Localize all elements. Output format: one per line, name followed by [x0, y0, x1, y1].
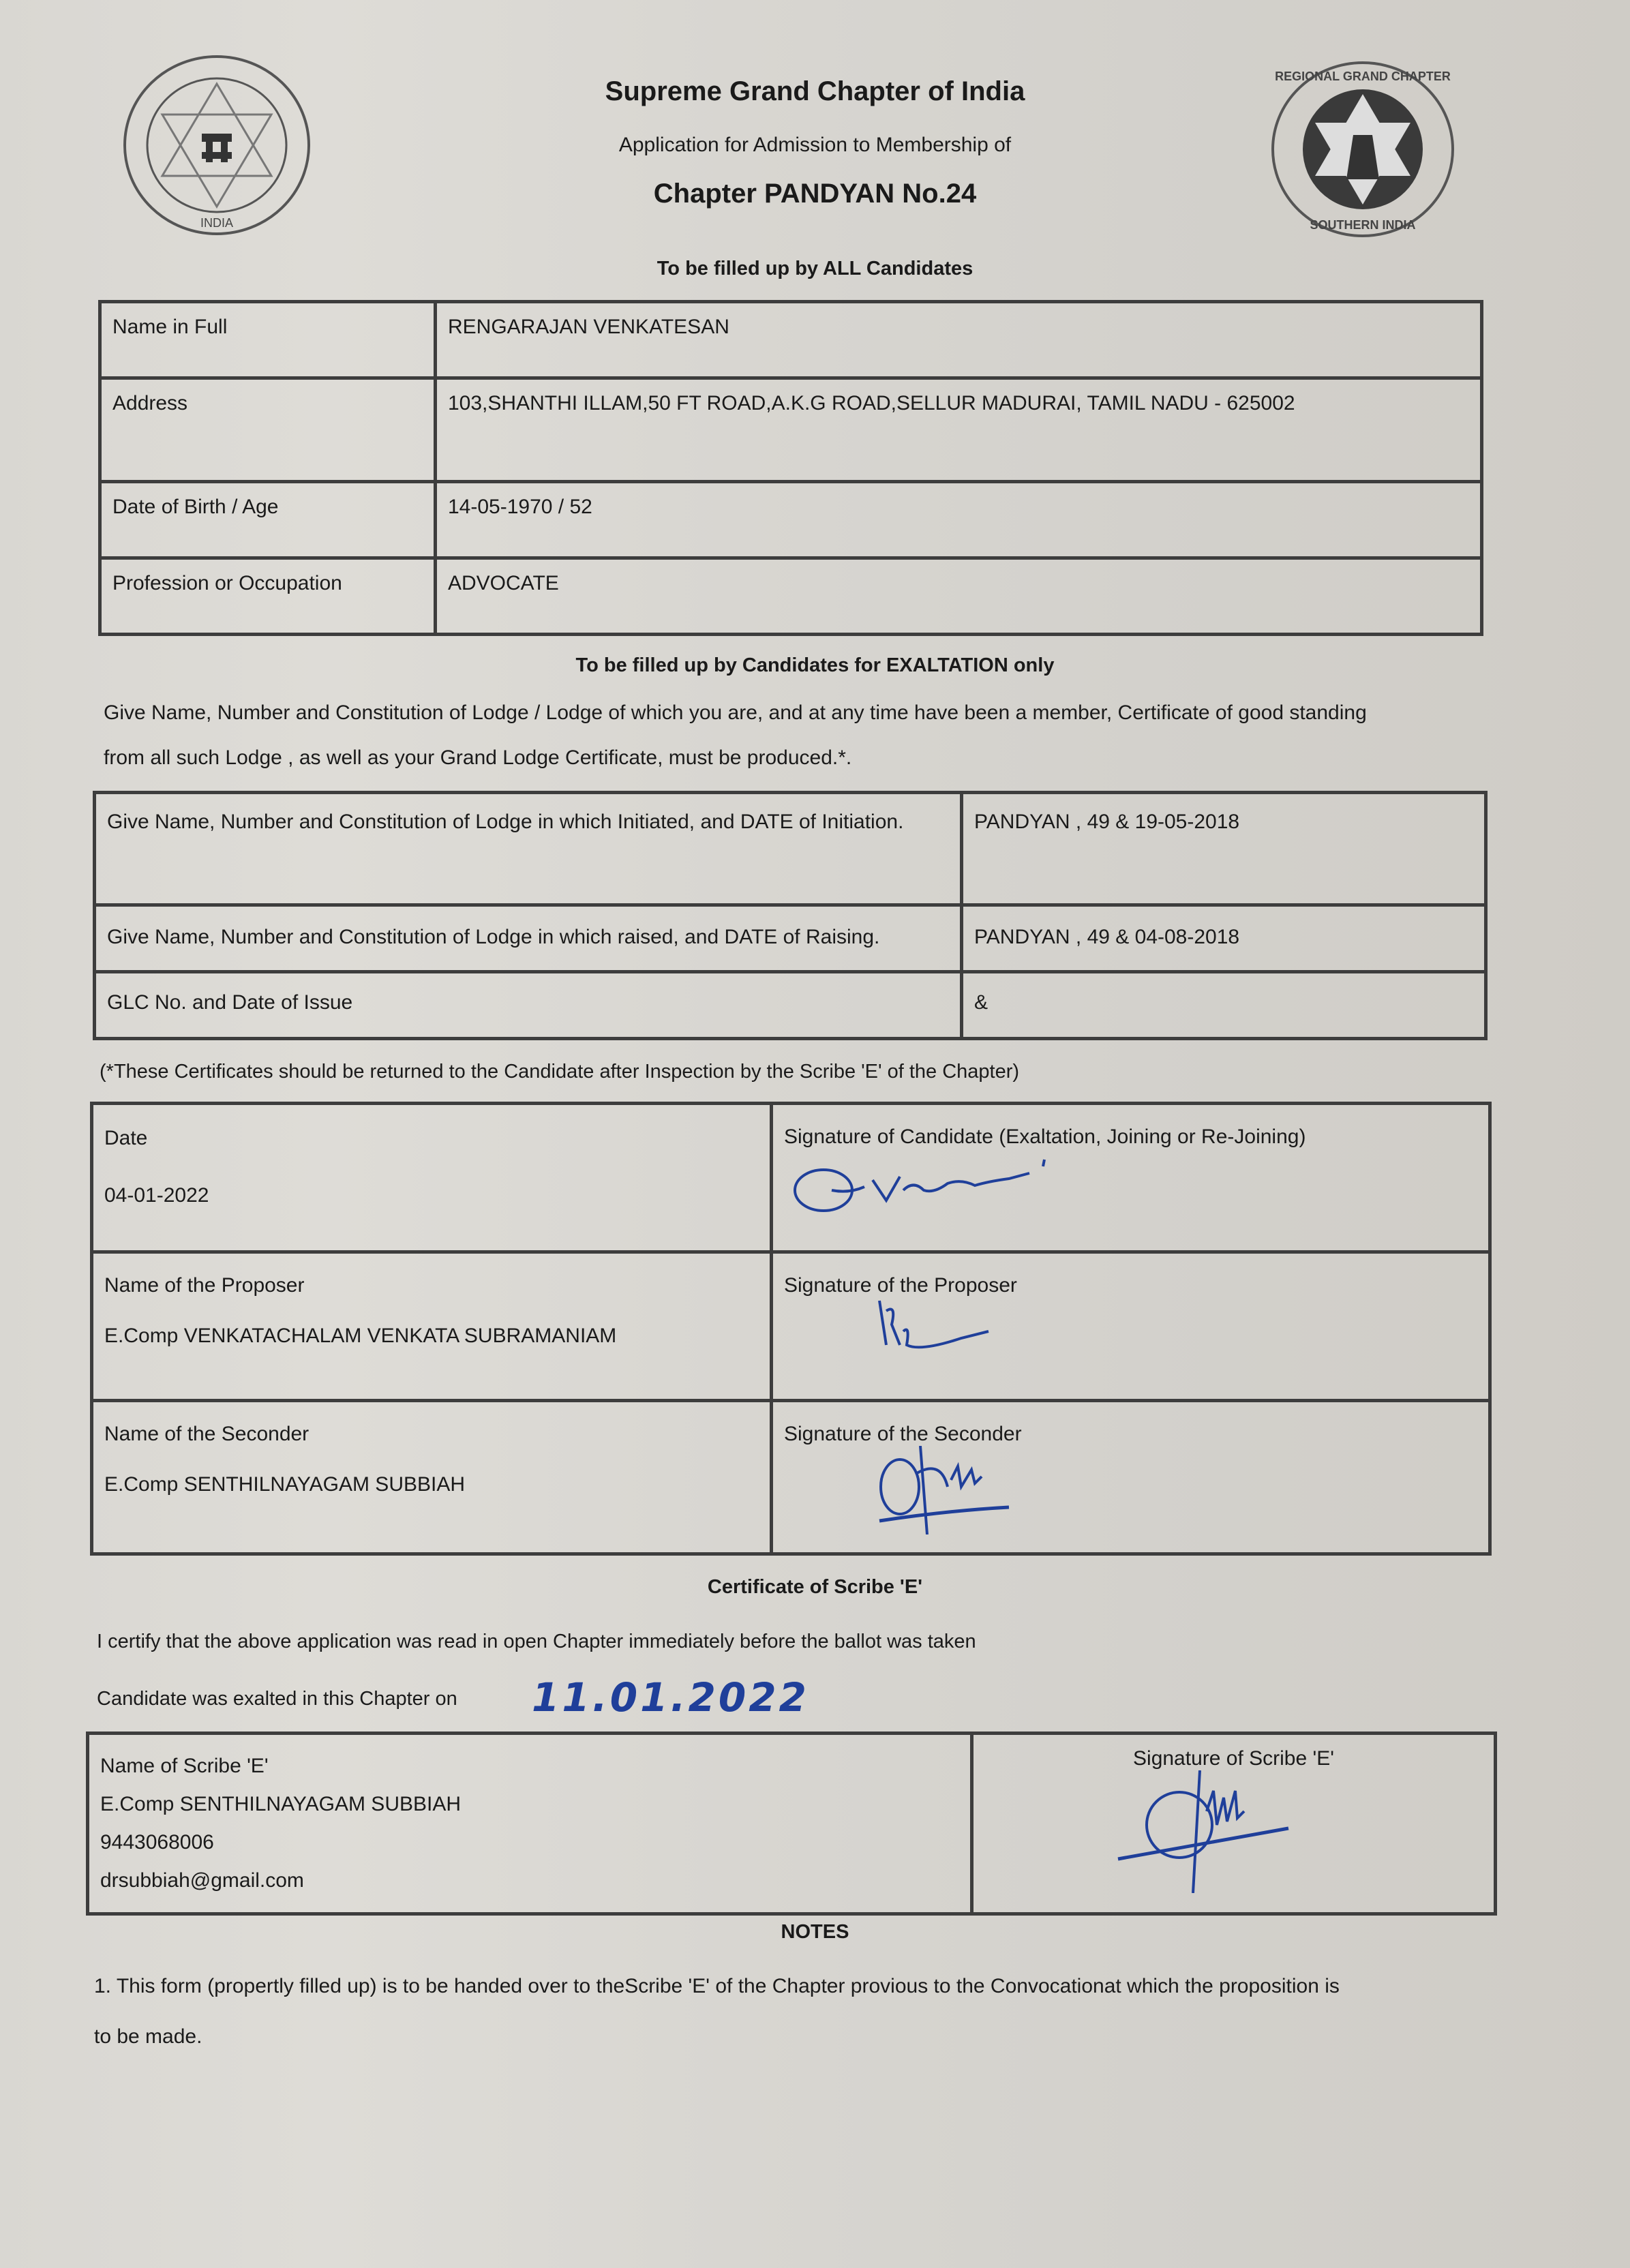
- seconder-value: E.Comp SENTHILNAYAGAM SUBBIAH: [104, 1473, 759, 1496]
- scribe-certificate-heading: Certificate of Scribe 'E': [0, 1576, 1630, 1599]
- scribe-details-cell: Name of Scribe 'E' E.Comp SENTHILNAYAGAM…: [88, 1734, 972, 1914]
- raising-label: Give Name, Number and Constitution of Lo…: [95, 905, 962, 972]
- profession-label: Profession or Occupation: [100, 558, 436, 635]
- signatures-table: Date 04-01-2022 Signature of Candidate (…: [90, 1102, 1492, 1556]
- exalted-date-handwritten: 11.01.2022: [532, 1674, 809, 1721]
- table-row: Profession or Occupation ADVOCATE: [100, 558, 1482, 635]
- dob-value: 14-05-1970 / 52: [436, 482, 1482, 558]
- lodge-details-table: Give Name, Number and Constitution of Lo…: [93, 791, 1488, 1040]
- address-value: 103,SHANTHI ILLAM,50 FT ROAD,A.K.G ROAD,…: [436, 378, 1482, 482]
- table-row: Name of the Proposer E.Comp VENKATACHALA…: [92, 1252, 1490, 1401]
- scribe-name-value: E.Comp SENTHILNAYAGAM SUBBIAH: [100, 1785, 959, 1824]
- candidate-signature-label: Signature of Candidate (Exaltation, Join…: [784, 1125, 1477, 1149]
- scribe-name-label: Name of Scribe 'E': [100, 1747, 959, 1785]
- proposer-value: E.Comp VENKATACHALAM VENKATA SUBRAMANIAM: [104, 1325, 759, 1348]
- name-label: Name in Full: [100, 302, 436, 378]
- name-value: RENGARAJAN VENKATESAN: [436, 302, 1482, 378]
- seconder-signature-cell: Signature of the Seconder: [772, 1401, 1490, 1554]
- scribe-signature-icon: [1091, 1770, 1377, 1893]
- table-row: Name of the Seconder E.Comp SENTHILNAYAG…: [92, 1401, 1490, 1554]
- scribe-phone: 9443068006: [100, 1824, 959, 1862]
- proposer-signature-icon: [784, 1297, 1057, 1372]
- date-value: 04-01-2022: [104, 1184, 759, 1207]
- table-row: Name of Scribe 'E' E.Comp SENTHILNAYAGAM…: [88, 1734, 1496, 1914]
- section-exaltation-heading: To be filled up by Candidates for EXALTA…: [0, 654, 1630, 677]
- scribe-signature-cell: Signature of Scribe 'E': [972, 1734, 1496, 1914]
- glc-value: &: [962, 972, 1486, 1039]
- table-row: Date of Birth / Age 14-05-1970 / 52: [100, 482, 1482, 558]
- svg-text:INDIA: INDIA: [200, 216, 233, 230]
- chapter-name: Chapter PANDYAN No.24: [0, 179, 1630, 209]
- initiation-label: Give Name, Number and Constitution of Lo…: [95, 793, 962, 905]
- note-line-1: 1. This form (propertly filled up) is to…: [94, 1967, 1526, 2006]
- note-line-2: to be made.: [94, 2018, 1526, 2056]
- table-row: Date 04-01-2022 Signature of Candidate (…: [92, 1104, 1490, 1252]
- date-cell: Date 04-01-2022: [92, 1104, 772, 1252]
- seconder-signature-icon: [784, 1446, 1125, 1534]
- table-row: Name in Full RENGARAJAN VENKATESAN: [100, 302, 1482, 378]
- address-label: Address: [100, 378, 436, 482]
- dob-label: Date of Birth / Age: [100, 482, 436, 558]
- table-row: Address 103,SHANTHI ILLAM,50 FT ROAD,A.K…: [100, 378, 1482, 482]
- seconder-label: Name of the Seconder: [104, 1423, 759, 1446]
- document-title: Supreme Grand Chapter of India: [0, 76, 1630, 107]
- seconder-cell: Name of the Seconder E.Comp SENTHILNAYAG…: [92, 1401, 772, 1554]
- instruction-line-2: from all such Lodge , as well as your Gr…: [104, 739, 1508, 777]
- scribe-signature-label: Signature of Scribe 'E': [984, 1747, 1483, 1770]
- exalted-label: Candidate was exalted in this Chapter on: [97, 1688, 457, 1710]
- table-row: GLC No. and Date of Issue &: [95, 972, 1486, 1039]
- instruction-line-1: Give Name, Number and Constitution of Lo…: [104, 694, 1508, 732]
- exaltation-instructions: Give Name, Number and Constitution of Lo…: [104, 694, 1508, 777]
- certify-text: I certify that the above application was…: [97, 1631, 976, 1653]
- table-row: Give Name, Number and Constitution of Lo…: [95, 905, 1486, 972]
- profession-value: ADVOCATE: [436, 558, 1482, 635]
- raising-value: PANDYAN , 49 & 04-08-2018: [962, 905, 1486, 972]
- proposer-signature-cell: Signature of the Proposer: [772, 1252, 1490, 1401]
- proposer-signature-label: Signature of the Proposer: [784, 1274, 1477, 1297]
- initiation-value: PANDYAN , 49 & 19-05-2018: [962, 793, 1486, 905]
- seconder-signature-label: Signature of the Seconder: [784, 1423, 1477, 1446]
- section-all-heading: To be filled up by ALL Candidates: [0, 258, 1630, 280]
- date-label: Date: [104, 1127, 759, 1150]
- candidate-signature-cell: Signature of Candidate (Exaltation, Join…: [772, 1104, 1490, 1252]
- proposer-label: Name of the Proposer: [104, 1274, 759, 1297]
- notes-heading: NOTES: [0, 1921, 1630, 1944]
- scribe-table: Name of Scribe 'E' E.Comp SENTHILNAYAGAM…: [86, 1732, 1497, 1916]
- svg-text:SOUTHERN INDIA: SOUTHERN INDIA: [1310, 218, 1415, 232]
- certificates-footnote: (*These Certificates should be returned …: [100, 1061, 1019, 1083]
- candidate-signature-icon: [784, 1153, 1166, 1228]
- glc-label: GLC No. and Date of Issue: [95, 972, 962, 1039]
- scribe-email: drsubbiah@gmail.com: [100, 1862, 959, 1900]
- candidate-details-table: Name in Full RENGARAJAN VENKATESAN Addre…: [98, 300, 1483, 636]
- table-row: Give Name, Number and Constitution of Lo…: [95, 793, 1486, 905]
- proposer-cell: Name of the Proposer E.Comp VENKATACHALA…: [92, 1252, 772, 1401]
- document-subtitle: Application for Admission to Membership …: [0, 134, 1630, 157]
- notes-text: 1. This form (propertly filled up) is to…: [94, 1967, 1526, 2056]
